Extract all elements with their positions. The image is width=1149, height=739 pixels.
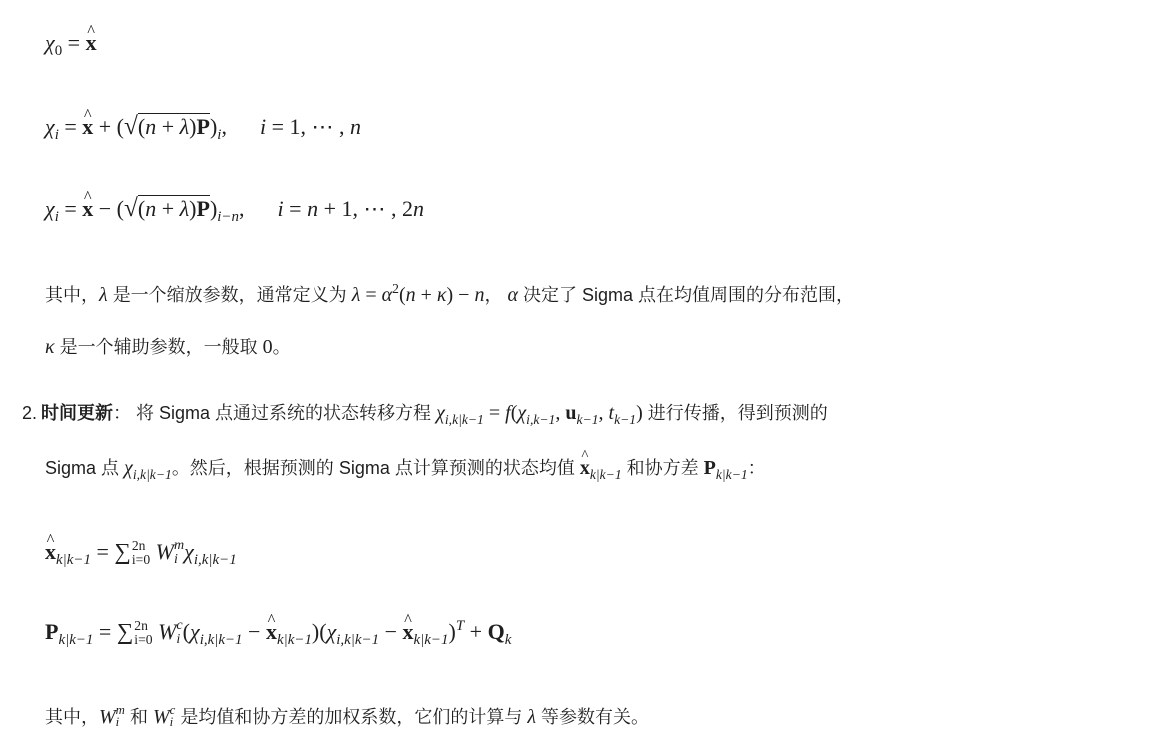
step-title: 时间更新: [41, 403, 113, 423]
step-2-line-2: Sigma 点 χi,k|k−1。然后，根据预测的 Sigma 点计算预测的状态…: [45, 455, 766, 483]
equation-chi-0: χ0 = x: [45, 30, 97, 60]
equation-chi-minus: χi = x − (√(n + λ)P)i−n, i = n + 1, ⋯ , …: [45, 194, 424, 226]
sqrt-symbol: √: [124, 112, 138, 140]
paragraph-weights: 其中，Wmi 和 Wci 是均值和协方差的加权系数，它们的计算与 λ 等参数有关…: [45, 704, 649, 731]
paragraph-lambda-definition: 其中，λ 是一个缩放参数，通常定义为 λ = α2(n + κ) − n， α …: [45, 280, 854, 308]
sqrt-symbol: √: [124, 194, 138, 222]
equation-chi-plus: χi = x + (√(n + λ)P)i, i = 1, ⋯ , n: [45, 112, 361, 144]
equation-covariance-prediction: Pk|k−1 = ∑2ni=0 Wci(χi,k|k−1 − xk|k−1)(χ…: [45, 618, 511, 649]
equation-state-mean-prediction: xk|k−1 = ∑2ni=0 Wmiχi,k|k−1: [45, 538, 237, 569]
sum-symbol: ∑: [117, 618, 133, 644]
transition-equation: χi,k|k−1 = f(χi,k−1, uk−1, tk−1): [436, 402, 643, 424]
list-number: 2.: [22, 403, 37, 423]
step-2-time-update: 2.时间更新： 将 Sigma 点通过系统的状态转移方程 χi,k|k−1 = …: [22, 400, 828, 428]
sum-symbol: ∑: [114, 538, 130, 564]
paragraph-kappa-definition: κ 是一个辅助参数，一般取 0。: [45, 334, 291, 360]
